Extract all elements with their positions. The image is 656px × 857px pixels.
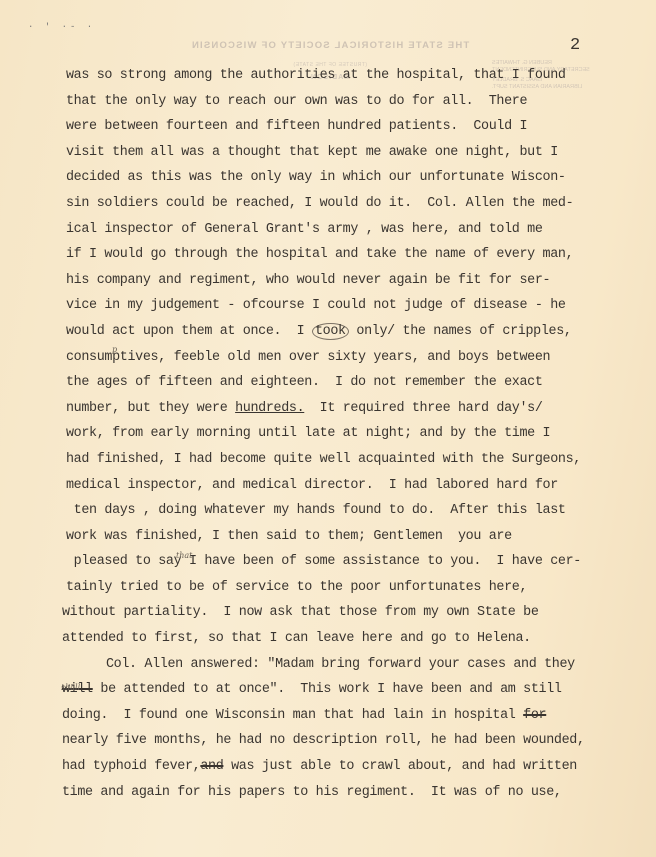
struck-word: for <box>523 708 546 723</box>
text-line: consumptives, feeble old men over sixty … <box>66 345 626 371</box>
text-segment: was just able to crawl about, and had wr… <box>223 759 577 774</box>
text-line: work, from early morning until late at n… <box>66 421 626 447</box>
text-line-edited: will be attended to at once". This work … <box>62 677 626 703</box>
text-line: ical inspector of General Grant's army ,… <box>66 217 626 243</box>
handwritten-insert-shall: shall <box>61 683 80 692</box>
text-segment: number, but they were <box>66 401 235 416</box>
text-line: time and again for his papers to his reg… <box>62 780 626 806</box>
text-segment: would act upon them at once. I <box>66 324 312 339</box>
text-segment: doing. I found one Wisconsin man that ha… <box>62 708 523 723</box>
text-line: had finished, I had become quite well ac… <box>66 447 626 473</box>
text-line: decided as this was the only way in whic… <box>66 165 626 191</box>
text-segment: It required three hard day's/ <box>304 401 542 416</box>
handwritten-insert-p: p <box>112 345 117 354</box>
text-segment: had typhoid fever, <box>62 759 200 774</box>
struck-word: and <box>200 759 223 774</box>
text-line-edited: number, but they were hundreds. It requi… <box>66 396 626 422</box>
text-line: if I would go through the hospital and t… <box>66 242 626 268</box>
text-line: were between fourteen and fifteen hundre… <box>66 114 626 140</box>
underlined-word: hundreds. <box>235 401 304 416</box>
paper-specks: · ' ·- · <box>28 22 95 32</box>
text-line: vice in my judgement - ofcourse I could … <box>66 293 626 319</box>
text-line: tainly tried to be of service to the poo… <box>66 575 626 601</box>
handwritten-insert-that: that <box>176 551 192 560</box>
typed-body: was so strong among the authorities at t… <box>66 63 626 805</box>
letterhead-title: THE STATE HISTORICAL SOCIETY OF WISCONSI… <box>180 40 480 51</box>
text-line-edited: doing. I found one Wisconsin man that ha… <box>62 703 626 729</box>
text-line: attended to first, so that I can leave h… <box>62 626 626 652</box>
text-line-paragraph-start: Col. Allen answered: "Madam bring forwar… <box>66 652 626 678</box>
text-line-edited: had typhoid fever,and was just able to c… <box>62 754 626 780</box>
text-segment: / the names of cripples, <box>387 324 571 339</box>
text-segment: be attended to at once". This work I hav… <box>93 682 562 697</box>
text-line-edited: would act upon them at once. I took only… <box>66 319 626 345</box>
text-line: ten days , doing whatever my hands found… <box>66 498 626 524</box>
text-line: visit them all was a thought that kept m… <box>66 140 626 166</box>
text-line: pleased to say I have been of some assis… <box>66 549 626 575</box>
text-line: the ages of fifteen and eighteen. I do n… <box>66 370 626 396</box>
text-line: sin soldiers could be reached, I would d… <box>66 191 626 217</box>
text-line: that the only way to reach our own was t… <box>66 89 626 115</box>
text-line: without partiality. I now ask that those… <box>62 600 626 626</box>
text-line: work was finished, I then said to them; … <box>66 524 626 550</box>
text-line: was so strong among the authorities at t… <box>66 63 626 89</box>
text-line: medical inspector, and medical director.… <box>66 473 626 499</box>
text-line: his company and regiment, who would neve… <box>66 268 626 294</box>
text-segment: only <box>349 324 387 339</box>
document-page: · ' ·- · THE STATE HISTORICAL SOCIETY OF… <box>0 0 656 857</box>
text-line: nearly five months, he had no descriptio… <box>62 728 626 754</box>
page-number: 2 <box>570 36 580 55</box>
circled-word: took <box>312 323 349 340</box>
